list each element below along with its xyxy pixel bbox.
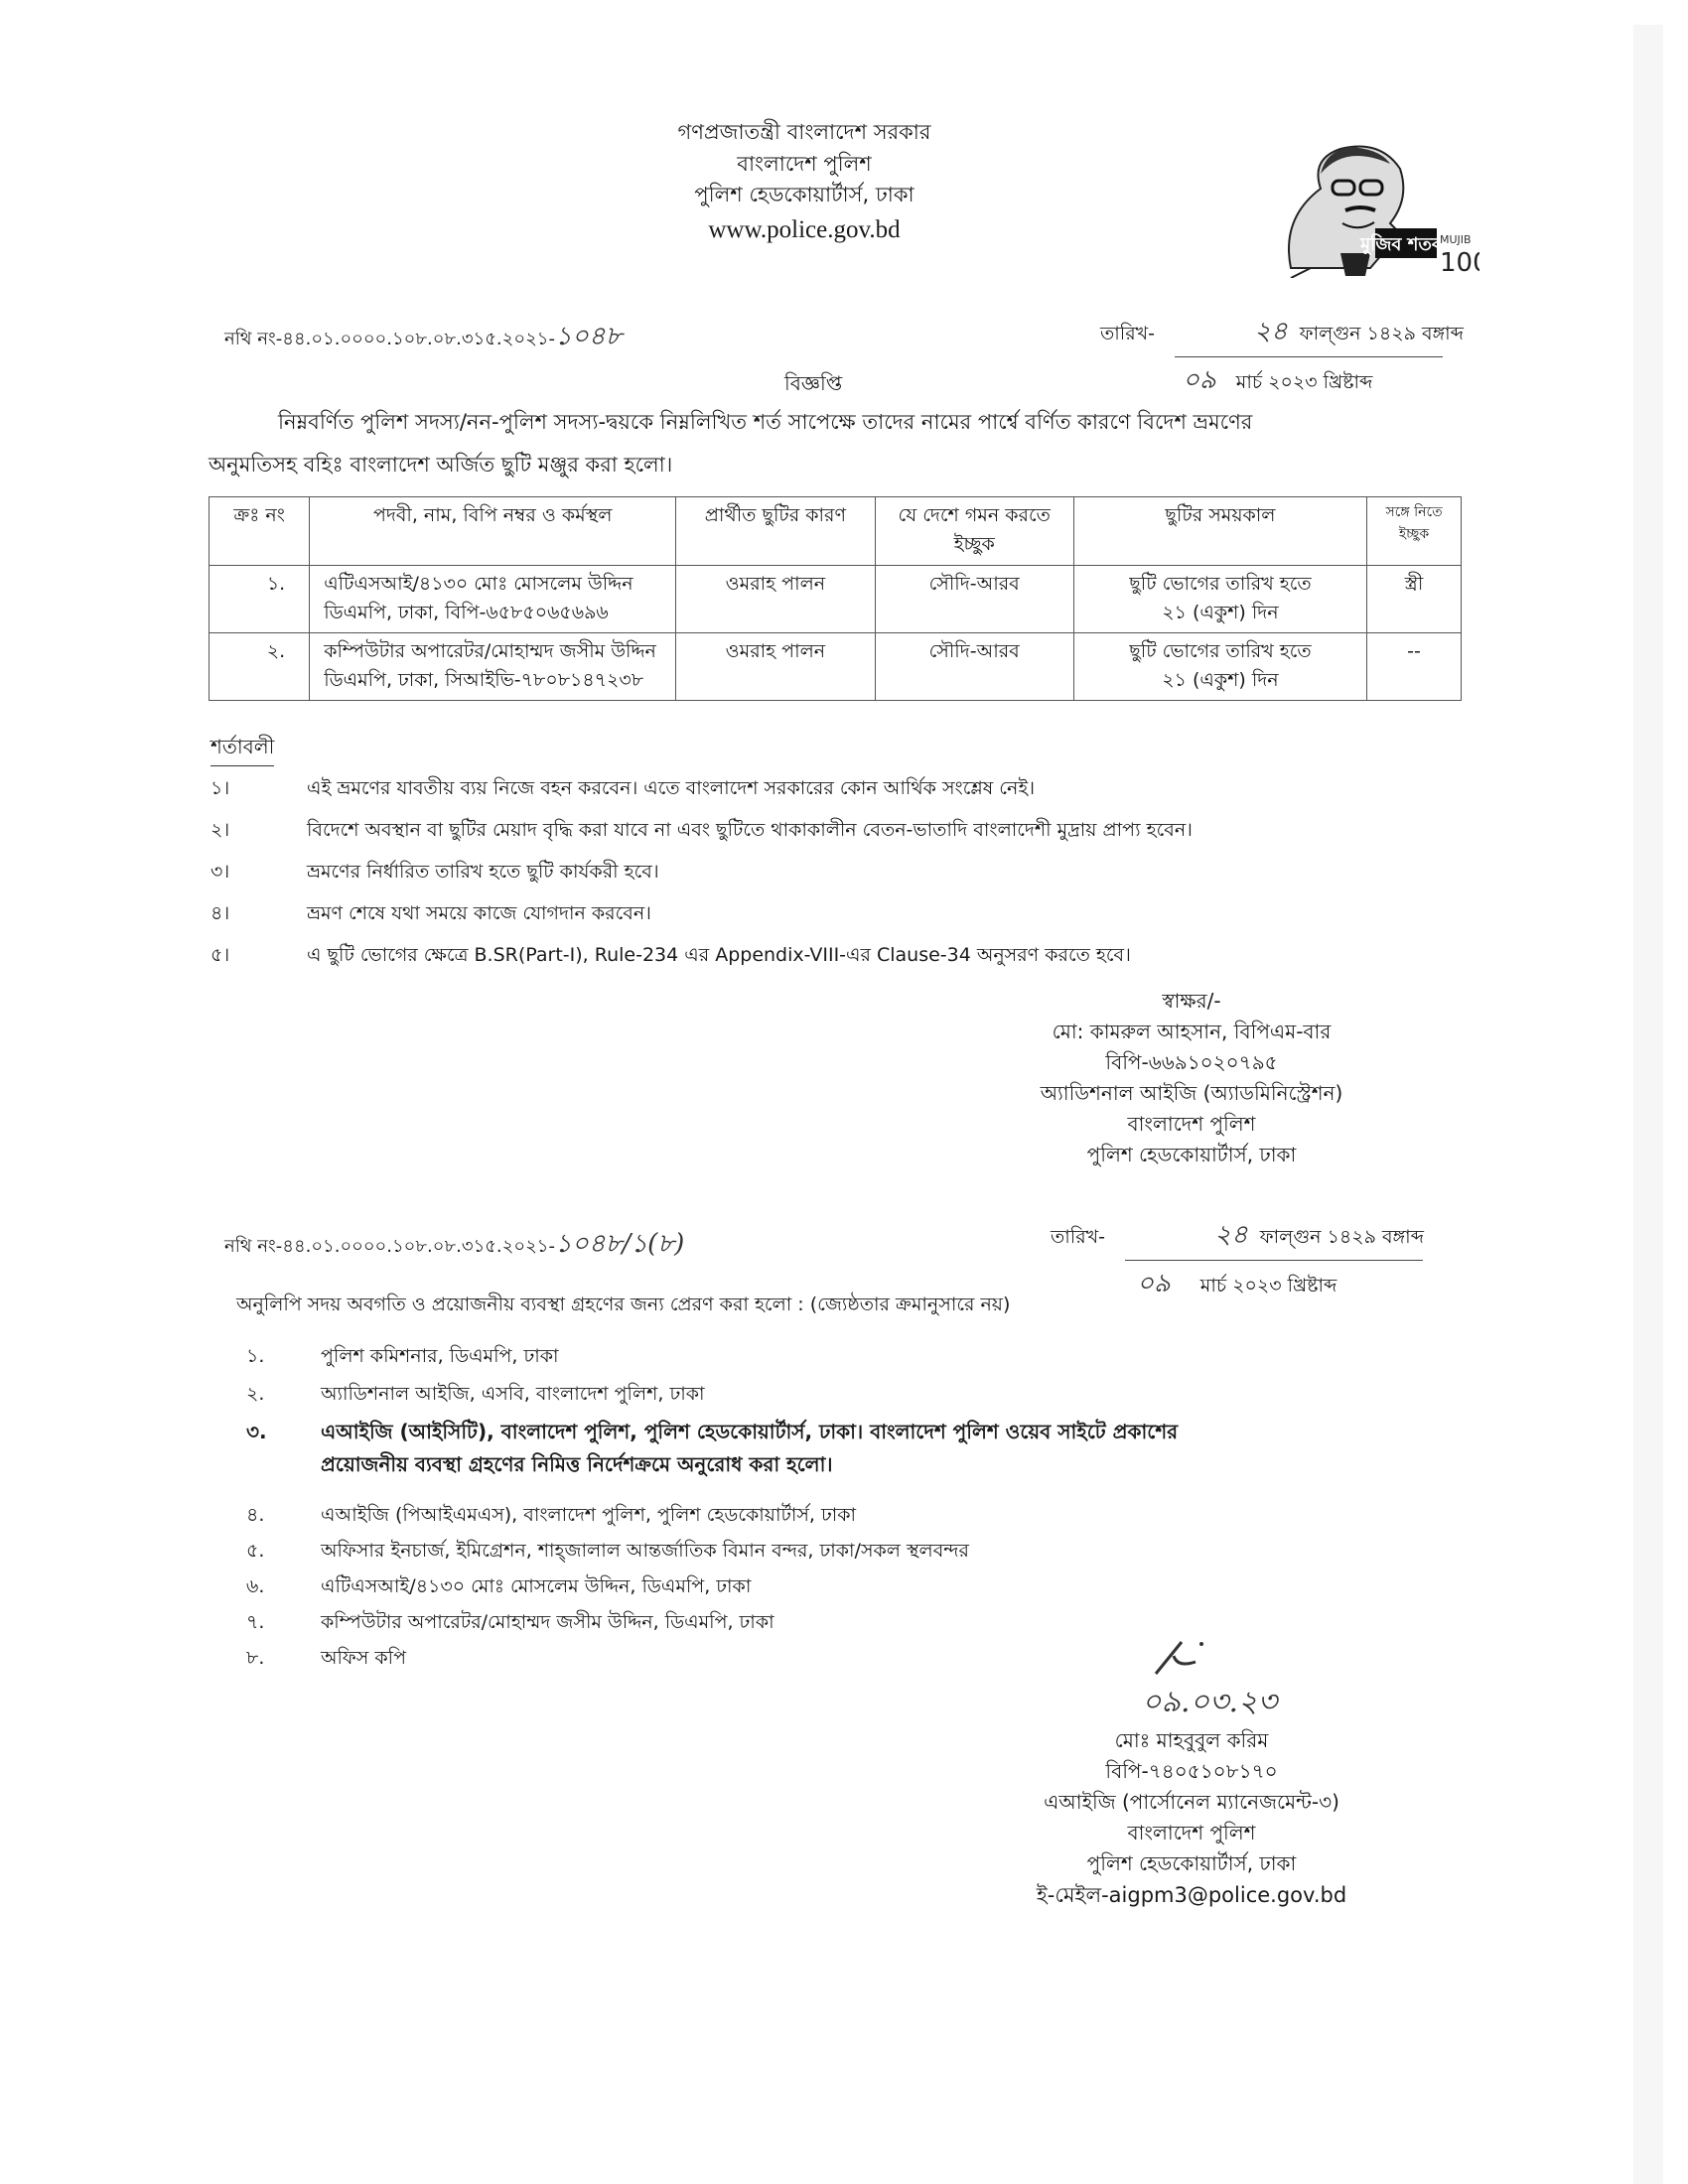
signatory-org: বাংলাদেশ পুলিশ bbox=[978, 1818, 1405, 1848]
signatory-name: মোঃ মাহবুবুল করিম bbox=[978, 1725, 1405, 1756]
ref-number-handwritten: ১০৪৮/১(৮) bbox=[555, 1229, 684, 1259]
notice-intro-line2: অনুমতিসহ বহিঃ বাংলাদেশ অর্জিত ছুটি মঞ্জু… bbox=[209, 444, 1470, 486]
memo-reference-2: নথি নং-৪৪.০১.০০০০.১০৮.০৮.৩১৫.২০২১-১০৪৮/১… bbox=[224, 1223, 684, 1267]
govt-name: গণপ্রজাতন্ত্রী বাংলাদেশ সরকার bbox=[596, 117, 1013, 149]
gregorian-date: মার্চ ২০২৩ খ্রিষ্টাব্দ bbox=[1236, 368, 1373, 400]
list-item: ৭.কম্পিউটার অপারেটর/মোহাম্মদ জসীম উদ্দিন… bbox=[236, 1608, 774, 1640]
signatory-office: পুলিশ হেডকোয়ার্টার্স, ঢাকা bbox=[933, 1140, 1450, 1170]
mujib-100-logo-icon: মুজিব শতবর্ষ MUJIB 100 bbox=[1251, 129, 1479, 278]
condition-text: এ ছুটি ভোগের ক্ষেত্রে B.SR(Part-I), Rule… bbox=[307, 941, 1131, 973]
date-divider bbox=[1125, 1260, 1423, 1261]
condition-text: ভ্রমণ শেষে যথা সময়ে কাজে যোগদান করবেন। bbox=[307, 899, 651, 931]
signatory-designation: অ্যাডিশনাল আইজি (অ্যাডমিনিস্ট্রেশন) bbox=[933, 1078, 1450, 1109]
list-item: ৫.অফিসার ইনচার্জ, ইমিগ্রেশন, শাহ্জালাল আ… bbox=[236, 1537, 969, 1569]
signatory-name: মো: কামরুল আহসান, বিপিএম-বার bbox=[933, 1017, 1450, 1047]
list-item: ৬.এটিএসআই/৪১৩০ মোঃ মোসলেম উদ্দিন, ডিএমপি… bbox=[236, 1572, 751, 1604]
col-reason: প্রার্থীত ছুটির কারণ bbox=[676, 497, 875, 566]
condition-text: ভ্রমণের নির্ধারিত তারিখ হতে ছুটি কার্যকর… bbox=[307, 858, 659, 889]
bangla-date: ফাল্গুন ১৪২৯ বঙ্গাব্দ bbox=[1260, 1223, 1424, 1255]
cell-reason: ওমরাহ পালন bbox=[676, 566, 875, 633]
cell-serial: ১. bbox=[210, 566, 310, 633]
handwritten-signature-icon bbox=[1152, 1638, 1211, 1682]
signatory-designation: এআইজি (পার্সোনেল ম্যানেজমেন্ট-৩) bbox=[978, 1787, 1405, 1818]
unit-bp-line: ডিএমপি, ঢাকা, বিপি-৬৫৮৫০৬৫৬৯৬ bbox=[324, 599, 667, 627]
ref-number-printed: নথি নং-৪৪.০১.০০০০.১০৮.০৮.৩১৫.২০২১- bbox=[224, 329, 555, 349]
list-item: ৩.এআইজি (আইসিটি), বাংলাদেশ পুলিশ, পুলিশ … bbox=[236, 1418, 1178, 1483]
cell-period: ছুটি ভোগের তারিখ হতে২১ (একুশ) দিন bbox=[1073, 566, 1366, 633]
ref-number-printed: নথি নং-৪৪.০১.০০০০.১০৮.০৮.৩১৫.২০২১- bbox=[224, 1236, 555, 1257]
cell-serial: ২. bbox=[210, 632, 310, 700]
signatory-bp: বিপি-৭৪০৫১০৮১৭০ bbox=[978, 1756, 1405, 1787]
scan-edge-strip bbox=[1633, 25, 1663, 2184]
svg-text:100: 100 bbox=[1440, 248, 1479, 278]
item-text: কম্পিউটার অপারেটর/মোহাম্মদ জসীম উদ্দিন, … bbox=[321, 1611, 774, 1633]
period-line2: ২১ (একুশ) দিন bbox=[1082, 666, 1358, 695]
copy-intro: অনুলিপি সদয় অবগতি ও প্রয়োজনীয় ব্যবস্থ… bbox=[236, 1291, 1010, 1322]
period-line2: ২১ (একুশ) দিন bbox=[1082, 599, 1358, 627]
cell-country: সৌদি-আরব bbox=[875, 632, 1073, 700]
notice-body: নিম্নবর্ণিত পুলিশ সদস্য/নন-পুলিশ সদস্য-দ… bbox=[209, 401, 1470, 486]
condition-number: ৪। bbox=[211, 899, 229, 931]
memo-date-2: তারিখ- ২৪ ফাল্গুন ১৪২৯ বঙ্গাব্দ ০৯ মার্চ… bbox=[1051, 1201, 1424, 1306]
cell-companion: -- bbox=[1367, 632, 1462, 700]
signatory-org: বাংলাদেশ পুলিশ bbox=[933, 1109, 1450, 1140]
table-row: ১. এটিএসআই/৪১৩০ মোঃ মোসলেম উদ্দিনডিএমপি,… bbox=[210, 566, 1462, 633]
bangla-day-handwritten: ২৪ bbox=[1254, 311, 1288, 354]
name-line: এটিএসআই/৪১৩০ মোঃ মোসলেম উদ্দিন bbox=[324, 570, 667, 599]
item-number: ৫. bbox=[236, 1537, 321, 1569]
item-text: অফিসার ইনচার্জ, ইমিগ্রেশন, শাহ্জালাল আন্… bbox=[321, 1540, 969, 1562]
signed-mark: স্বাক্ষর/- bbox=[933, 986, 1450, 1017]
signatory-office: পুলিশ হেডকোয়ার্টার্স, ঢাকা bbox=[978, 1848, 1405, 1879]
table-row: ২. কম্পিউটার অপারেটর/মোহাম্মদ জসীম উদ্দি… bbox=[210, 632, 1462, 700]
col-period: ছুটির সময়কাল bbox=[1073, 497, 1366, 566]
letterhead: গণপ্রজাতন্ত্রী বাংলাদেশ সরকার বাংলাদেশ প… bbox=[596, 117, 1013, 248]
name-line: কম্পিউটার অপারেটর/মোহাম্মদ জসীম উদ্দিন bbox=[324, 637, 667, 666]
org-name: বাংলাদেশ পুলিশ bbox=[596, 149, 1013, 181]
condition-number: ৫। bbox=[211, 941, 229, 973]
item-text: এআইজি (আইসিটি), বাংলাদেশ পুলিশ, পুলিশ হে… bbox=[321, 1420, 1178, 1443]
condition-text: বিদেশে অবস্থান বা ছুটির মেয়াদ বৃদ্ধি কর… bbox=[307, 816, 1193, 848]
conditions-list: ১।এই ভ্রমণের যাবতীয় ব্যয় নিজে বহন করবে… bbox=[211, 774, 1501, 973]
ref-number-handwritten: ১০৪৮ bbox=[555, 322, 623, 351]
cell-companion: স্ত্রী bbox=[1367, 566, 1462, 633]
item-number: ৭. bbox=[236, 1608, 321, 1640]
item-text: এটিএসআই/৪১৩০ মোঃ মোসলেম উদ্দিন, ডিএমপি, … bbox=[321, 1575, 751, 1597]
condition-number: ২। bbox=[211, 816, 229, 848]
list-item: ২.অ্যাডিশনাল আইজি, এসবি, বাংলাদেশ পুলিশ,… bbox=[236, 1380, 705, 1412]
date-divider bbox=[1175, 356, 1443, 357]
cell-period: ছুটি ভোগের তারিখ হতে২১ (একুশ) দিন bbox=[1073, 632, 1366, 700]
copy-recipients-list: ১.পুলিশ কমিশনার, ডিএমপি, ঢাকা ২.অ্যাডিশন… bbox=[236, 1342, 1477, 1670]
period-line1: ছুটি ভোগের তারিখ হতে bbox=[1082, 637, 1358, 666]
date-label: তারিখ- bbox=[1100, 320, 1155, 351]
signatory-bp: বিপি-৬৬৯১০২০৭৯৫ bbox=[933, 1047, 1450, 1078]
memo-date-1: তারিখ- ২৪ ফাল্গুন ১৪২৯ বঙ্গাব্দ ০৯ মার্চ… bbox=[1100, 298, 1464, 403]
item-number: ১. bbox=[236, 1342, 321, 1374]
item-text: অ্যাডিশনাল আইজি, এসবি, বাংলাদেশ পুলিশ, ঢ… bbox=[321, 1383, 705, 1405]
item-number: ২. bbox=[236, 1380, 321, 1412]
office-name: পুলিশ হেডকোয়ার্টার্স, ঢাকা bbox=[596, 180, 1013, 211]
website-link[interactable]: www.police.gov.bd bbox=[596, 211, 1013, 249]
item-number: ৬. bbox=[236, 1572, 321, 1604]
item-text: এআইজি (পিআইএমএস), বাংলাদেশ পুলিশ, পুলিশ … bbox=[321, 1504, 856, 1526]
condition-number: ৩। bbox=[211, 858, 229, 889]
item-text-cont: প্রয়োজনীয় ব্যবস্থা গ্রহণের নিমিত্ত নির… bbox=[321, 1452, 833, 1476]
list-item: ৮.অফিস কপি bbox=[236, 1644, 406, 1676]
condition-text: এই ভ্রমণের যাবতীয় ব্যয় নিজে বহন করবেন।… bbox=[307, 774, 1035, 806]
item-number: ৪. bbox=[236, 1501, 321, 1533]
gregorian-date: মার্চ ২০২৩ খ্রিষ্টাব্দ bbox=[1200, 1272, 1337, 1303]
list-item: ১.পুলিশ কমিশনার, ডিএমপি, ঢাকা bbox=[236, 1342, 559, 1374]
notice-intro-line1: নিম্নবর্ণিত পুলিশ সদস্য/নন-পুলিশ সদস্য-দ… bbox=[209, 401, 1470, 444]
col-country: যে দেশে গমন করতে ইচ্ছুক bbox=[875, 497, 1073, 566]
item-number: ৮. bbox=[236, 1644, 321, 1676]
bangla-date: ফাল্গুন ১৪২৯ বঙ্গাব্দ bbox=[1300, 320, 1464, 351]
cell-reason: ওমরাহ পালন bbox=[676, 632, 875, 700]
cell-country: সৌদি-আরব bbox=[875, 566, 1073, 633]
greg-day-handwritten: ০৯ bbox=[1183, 359, 1216, 403]
list-item: ৪.এআইজি (পিআইএমএস), বাংলাদেশ পুলিশ, পুলি… bbox=[236, 1501, 856, 1533]
bangla-day-handwritten: ২৪ bbox=[1214, 1214, 1248, 1258]
cell-name: কম্পিউটার অপারেটর/মোহাম্মদ জসীম উদ্দিনডি… bbox=[310, 632, 676, 700]
col-name: পদবী, নাম, বিপি নম্বর ও কর্মস্থল bbox=[310, 497, 676, 566]
col-serial: ক্রঃ নং bbox=[210, 497, 310, 566]
table-header-row: ক্রঃ নং পদবী, নাম, বিপি নম্বর ও কর্মস্থল… bbox=[210, 497, 1462, 566]
item-text: অফিস কপি bbox=[321, 1647, 406, 1669]
memo-reference-1: নথি নং-৪৪.০১.০০০০.১০৮.০৮.৩১৫.২০২১-১০৪৮ bbox=[224, 316, 622, 359]
svg-text:MUJIB: MUJIB bbox=[1440, 233, 1472, 246]
item-text: পুলিশ কমিশনার, ডিএমপি, ঢাকা bbox=[321, 1345, 559, 1367]
item-number: ৩. bbox=[236, 1418, 321, 1450]
notice-title: বিজ্ঞপ্তি bbox=[784, 369, 842, 402]
greg-day-handwritten: ০৯ bbox=[1137, 1263, 1171, 1306]
signature-date: ০৯.০৩.২৩ bbox=[1142, 1678, 1277, 1728]
period-line1: ছুটি ভোগের তারিখ হতে bbox=[1082, 570, 1358, 599]
unit-bp-line: ডিএমপি, ঢাকা, সিআইভি-৭৮০৮১৪৭২৩৮ bbox=[324, 666, 667, 695]
date-label: তারিখ- bbox=[1051, 1223, 1105, 1255]
signatory-block-2: মোঃ মাহবুবুল করিম বিপি-৭৪০৫১০৮১৭০ এআইজি … bbox=[978, 1725, 1405, 1912]
conditions-title: শর্তাবলী bbox=[211, 733, 274, 766]
leave-table: ক্রঃ নং পদবী, নাম, বিপি নম্বর ও কর্মস্থল… bbox=[209, 496, 1462, 701]
col-companion: সঙ্গে নিতে ইচ্ছুক bbox=[1367, 497, 1462, 566]
signatory-block-1: স্বাক্ষর/- মো: কামরুল আহসান, বিপিএম-বার … bbox=[933, 986, 1450, 1170]
cell-name: এটিএসআই/৪১৩০ মোঃ মোসলেম উদ্দিনডিএমপি, ঢা… bbox=[310, 566, 676, 633]
signatory-email[interactable]: ই-মেইল-aigpm3@police.gov.bd bbox=[978, 1879, 1405, 1912]
condition-number: ১। bbox=[211, 774, 229, 806]
